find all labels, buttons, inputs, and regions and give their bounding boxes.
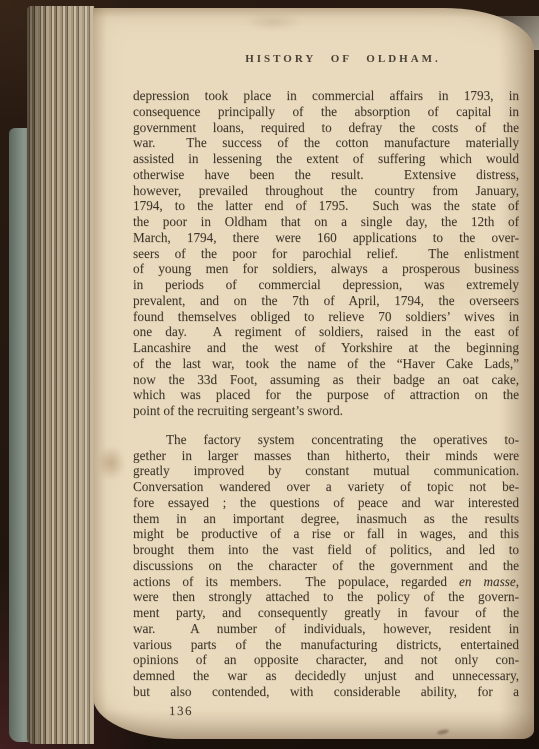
text-line: point of the recruiting sergeant’s sword…	[133, 403, 519, 419]
text-line: seers of the poor for parochial relief. …	[133, 246, 519, 262]
text-line: in periods of commercial depression, was…	[133, 277, 519, 293]
text-line: demned the war as decidedly unjust and u…	[133, 668, 519, 684]
text-line: assisted in lessening the extent of suff…	[133, 151, 519, 167]
text-line: might be productive of a rise or fall in…	[133, 526, 519, 542]
text-line: various parts of the manufacturing distr…	[133, 637, 519, 653]
page-number: 136	[133, 703, 519, 718]
paper-stain	[243, 14, 303, 30]
text-line: actions of its members. The populace, re…	[133, 574, 519, 590]
text-line: of the last war, took the name of the “H…	[133, 356, 519, 372]
text-line: opinions of an opposite character, and n…	[133, 652, 519, 668]
text-line: March, 1794, there were 160 applications…	[133, 230, 519, 246]
text-line: 1794, to the latter end of 1795. Such wa…	[133, 198, 519, 214]
page-fore-edge	[27, 6, 94, 744]
paper-stain	[97, 446, 125, 480]
text-line: Lancashire and the west of Yorkshire at …	[133, 340, 519, 356]
text-line: discussions on the character of the gove…	[133, 558, 519, 574]
text-line: the poor in Oldham that on a single day,…	[133, 214, 519, 230]
text-line: ment party, and consequently greatly in …	[133, 605, 519, 621]
text-line: found themselves obliged to relieve 70 s…	[133, 309, 519, 325]
paragraph: depression took place in commercial affa…	[133, 88, 519, 419]
text-line: now the 33d Foot, assuming as their badg…	[133, 372, 519, 388]
text-line: however, prevailed throughout the countr…	[133, 183, 519, 199]
text-line: war. The success of the cotton manufactu…	[133, 135, 519, 151]
book-page: HISTORY OF OLDHAM. depression took place…	[93, 8, 534, 739]
text-line: war. A number of individuals, however, r…	[133, 621, 519, 637]
text-line: gether in larger masses than hitherto, t…	[133, 448, 519, 464]
text-line: them in an important degree, inasmuch as…	[133, 511, 519, 527]
running-head: HISTORY OF OLDHAM.	[133, 53, 519, 65]
text-line: but also contended, with considerable ab…	[133, 684, 519, 700]
text-line: one day. A regiment of soldiers, raised …	[133, 324, 519, 340]
text-line: depression took place in commercial affa…	[133, 88, 519, 104]
paragraph: The factory system concentrating the ope…	[133, 432, 519, 700]
text-line: fore essayed ; the questions of peace an…	[133, 495, 519, 511]
text-line: were then strongly attached to the polic…	[133, 589, 519, 605]
text-block: depression took place in commercial affa…	[133, 88, 519, 718]
text-line: prevalent, and on the 7th of April, 1794…	[133, 293, 519, 309]
text-line: greatly improved by constant mutual comm…	[133, 463, 519, 479]
text-line: brought them into the vast field of poli…	[133, 542, 519, 558]
text-line: which was placed for the purpose of attr…	[133, 387, 519, 403]
text-line: Conversation wandered over a variety of …	[133, 479, 519, 495]
paper-stain	[437, 729, 450, 735]
text-line: consequence principally of the absorptio…	[133, 104, 519, 120]
text-line: of young men for soldiers, always a pros…	[133, 261, 519, 277]
book-photo: HISTORY OF OLDHAM. depression took place…	[0, 0, 539, 749]
text-line: otherwise have been the result. Extensiv…	[133, 167, 519, 183]
text-line: The factory system concentrating the ope…	[133, 432, 519, 448]
text-line: government loans, required to defray the…	[133, 120, 519, 136]
